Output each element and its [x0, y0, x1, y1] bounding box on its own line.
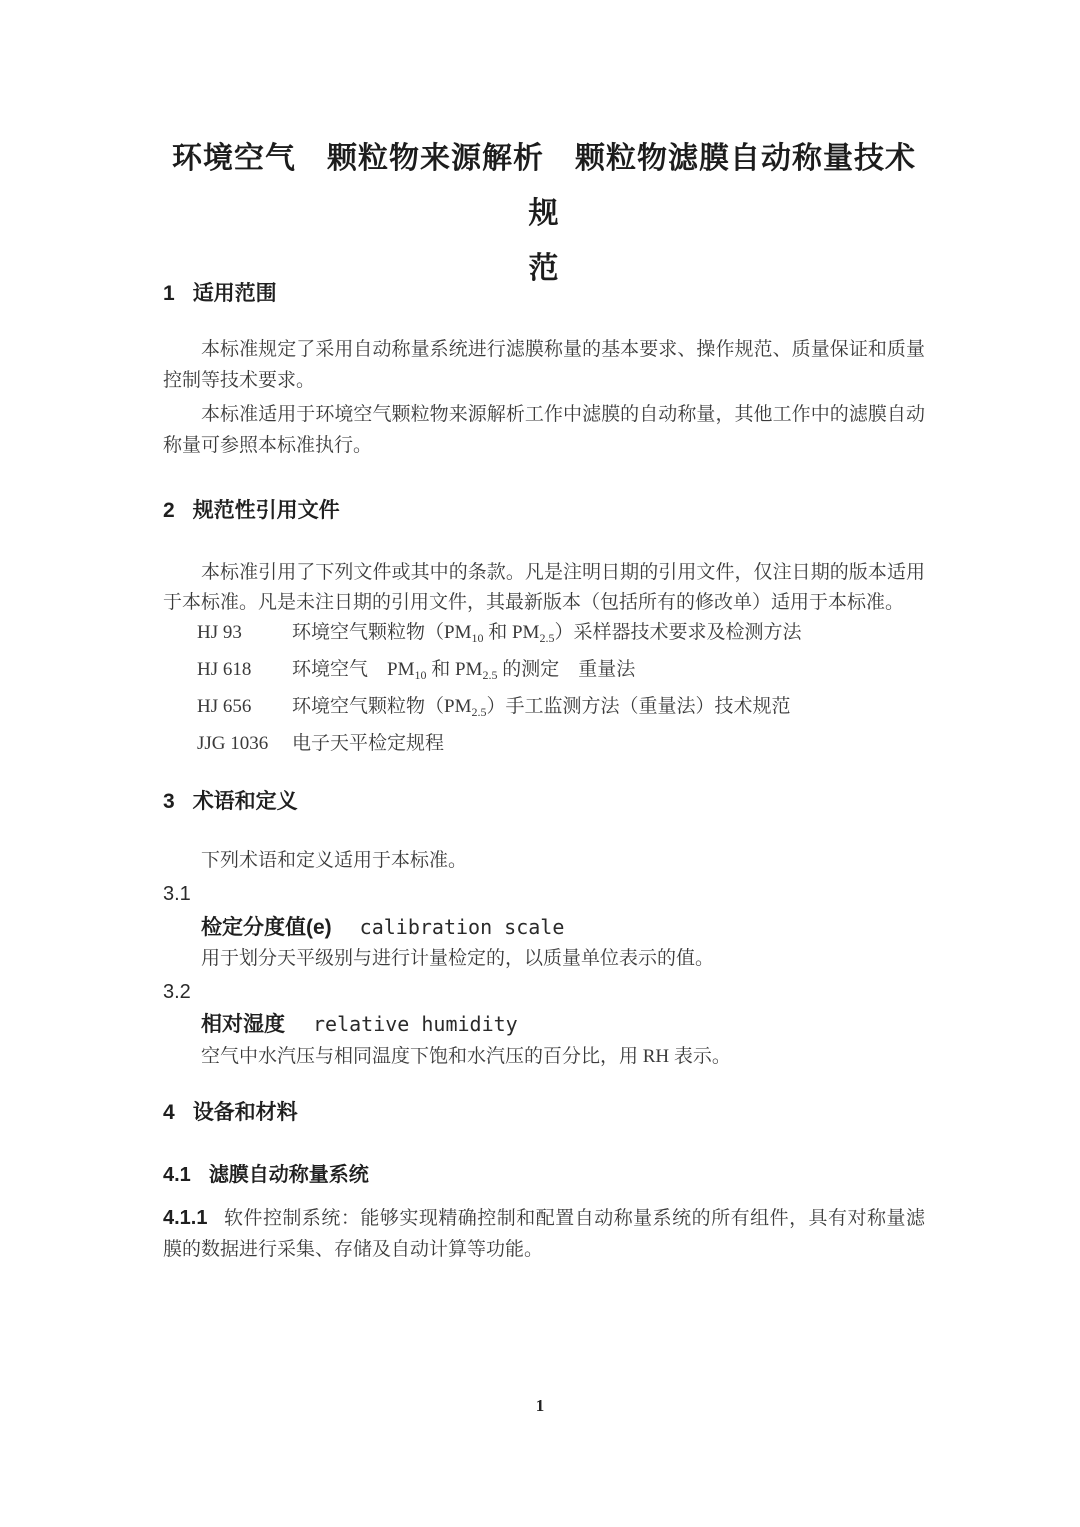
- section-2-number: 2: [163, 498, 175, 524]
- term-3-2-definition: 空气中水汽压与相同温度下饱和水汽压的百分比，用 RH 表示。: [201, 1041, 925, 1072]
- section-2-intro: 本标准引用了下列文件或其中的条款。凡是注明日期的引用文件，仅注日期的版本适用于本…: [163, 558, 925, 618]
- reference-row: HJ 618 环境空气 PM10 和 PM2.5 的测定 重量法: [197, 657, 925, 694]
- reference-id: HJ 656: [197, 694, 292, 720]
- term-3-2: 相对湿度relative humidity: [201, 1011, 925, 1040]
- clause-4-1-1-paragraph: 4.1.1软件控制系统：能够实现精确控制和配置自动称量系统的所有组件，具有对称量…: [163, 1203, 925, 1265]
- section-4-number: 4: [163, 1100, 175, 1126]
- term-3-2-chinese: 相对湿度: [201, 1013, 285, 1036]
- section-4-1-heading: 4.1滤膜自动称量系统: [163, 1162, 925, 1188]
- term-3-1-english: calibration scale: [360, 915, 565, 939]
- clause-3-2-number: 3.2: [163, 980, 191, 1004]
- reference-title: 环境空气颗粒物（PM10 和 PM2.5）采样器技术要求及检测方法: [292, 620, 925, 651]
- section-1-number: 1: [163, 281, 175, 307]
- section-2-heading: 2规范性引用文件: [163, 498, 925, 524]
- reference-title: 环境空气颗粒物（PM2.5）手工监测方法（重量法）技术规范: [292, 694, 925, 725]
- section-1-paragraph-2: 本标准适用于环境空气颗粒物来源解析工作中滤膜的自动称量，其他工作中的滤膜自动称量…: [163, 399, 925, 461]
- reference-title: 电子天平检定规程: [292, 731, 925, 757]
- section-4-heading: 4设备和材料: [163, 1100, 925, 1126]
- section-4-1-title: 滤膜自动称量系统: [209, 1164, 369, 1186]
- section-3-number: 3: [163, 789, 175, 815]
- reference-title: 环境空气 PM10 和 PM2.5 的测定 重量法: [292, 657, 925, 688]
- reference-id: HJ 618: [197, 657, 292, 683]
- term-3-2-english: relative humidity: [313, 1012, 518, 1036]
- page-number: 1: [0, 1396, 1080, 1416]
- section-1-title: 适用范围: [193, 282, 277, 305]
- term-3-1-definition: 用于划分天平级别与进行计量检定的，以质量单位表示的值。: [201, 943, 925, 974]
- reference-row: HJ 656 环境空气颗粒物（PM2.5）手工监测方法（重量法）技术规范: [197, 694, 925, 731]
- section-4-1-number: 4.1: [163, 1162, 191, 1188]
- reference-row: JJG 1036 电子天平检定规程: [197, 731, 925, 768]
- reference-row: HJ 93 环境空气颗粒物（PM10 和 PM2.5）采样器技术要求及检测方法: [197, 620, 925, 657]
- document-page: 环境空气 颗粒物来源解析 颗粒物滤膜自动称量技术规 范 1适用范围 本标准规定了…: [0, 0, 1080, 1527]
- section-4-title: 设备和材料: [193, 1101, 298, 1124]
- clause-3-1-number: 3.1: [163, 882, 191, 906]
- section-3-heading: 3术语和定义: [163, 789, 925, 815]
- term-3-1-chinese: 检定分度值(e): [201, 916, 332, 939]
- section-1-paragraph-1: 本标准规定了采用自动称量系统进行滤膜称量的基本要求、操作规范、质量保证和质量控制…: [163, 334, 925, 396]
- reference-id: HJ 93: [197, 620, 292, 646]
- document-title: 环境空气 颗粒物来源解析 颗粒物滤膜自动称量技术规 范: [163, 131, 925, 296]
- section-3-title: 术语和定义: [193, 790, 298, 813]
- section-2-title: 规范性引用文件: [193, 499, 340, 522]
- reference-id: JJG 1036: [197, 731, 292, 757]
- section-3-intro: 下列术语和定义适用于本标准。: [163, 845, 925, 876]
- clause-4-1-1-text: 软件控制系统：能够实现精确控制和配置自动称量系统的所有组件，具有对称量滤膜的数据…: [163, 1208, 925, 1260]
- document-title-line-1: 环境空气 颗粒物来源解析 颗粒物滤膜自动称量技术规: [163, 131, 925, 241]
- clause-4-1-1-number: 4.1.1: [163, 1207, 207, 1229]
- section-1-heading: 1适用范围: [163, 281, 925, 307]
- normative-references-list: HJ 93 环境空气颗粒物（PM10 和 PM2.5）采样器技术要求及检测方法 …: [197, 620, 925, 768]
- term-3-1: 检定分度值(e)calibration scale: [201, 914, 925, 943]
